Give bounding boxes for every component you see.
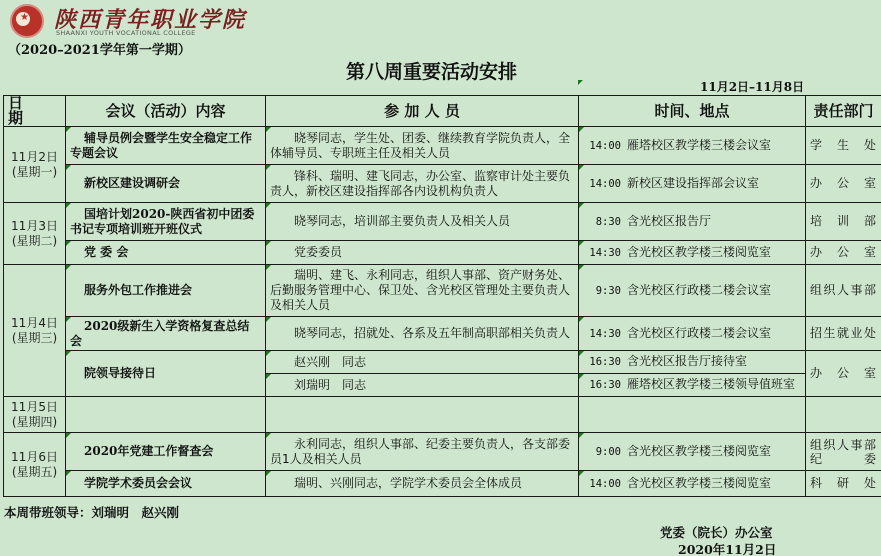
- dept-cell: 办 公 室: [806, 351, 881, 397]
- place-text: 含光校区教学楼三楼阅览室: [627, 444, 771, 458]
- time-text: 14:30: [583, 246, 621, 261]
- cell-marker-icon: [578, 80, 583, 85]
- people-text: 晓琴同志，学生处、团委、继续教育学院负责人，全体辅导员、专职班主任及相关人员: [270, 131, 570, 160]
- table-row: 学院学术委员会会议 瑞明、兴刚同志，学院学术委员会全体成员 14:00含光校区教…: [4, 471, 881, 497]
- date-text: 11月4日: [8, 316, 61, 331]
- table-header-row: 日 期 会议（活动）内容 参 加 人 员 时间、地点 责任部门: [4, 96, 881, 127]
- weekday-text: (星期二): [8, 234, 61, 249]
- time-place-cell: 8:30含光校区报告厅: [579, 203, 806, 241]
- date-text: 11月6日: [8, 450, 61, 465]
- time-place-cell: 9:00含光校区教学楼三楼阅览室: [579, 433, 806, 471]
- time-text: 16:30: [583, 378, 621, 393]
- schedule-table: 日 期 会议（活动）内容 参 加 人 员 时间、地点 责任部门 11月2日(星期…: [3, 95, 881, 497]
- date-cell: 11月4日(星期三): [4, 265, 66, 397]
- meeting-text: 党 委 会: [70, 245, 128, 259]
- people-cell: 瑞明、兴刚同志，学院学术委员会全体成员: [266, 471, 579, 497]
- weekday-text: (星期五): [8, 465, 61, 480]
- star-icon: ★: [20, 13, 29, 23]
- meeting-text: 辅导员例会暨学生安全稳定工作专题会议: [70, 131, 252, 160]
- place-text: 含光校区行政楼二楼会议室: [627, 283, 771, 297]
- date-cell: 11月6日(星期五): [4, 433, 66, 497]
- time-place-cell: 14:00新校区建设指挥部会议室: [579, 165, 806, 203]
- people-text: 瑞明、兴刚同志，学院学术委员会全体成员: [270, 476, 522, 490]
- date-text: 11月5日: [8, 400, 61, 415]
- weekday-text: (星期一): [8, 165, 61, 180]
- time-text: 9:00: [583, 445, 621, 460]
- people-text: 瑞明、建飞、永利同志，组织人事部、资产财务处、后勤服务管理中心、保卫处、含光校区…: [270, 268, 570, 312]
- meeting-text: 学院学术委员会会议: [70, 476, 192, 490]
- date-cell: 11月5日(星期四): [4, 397, 66, 433]
- school-logo: ★: [8, 4, 52, 40]
- people-cell: 刘瑞明 同志: [266, 374, 579, 397]
- people-text: 永利同志，组织人事部、纪委主要负责人，各支部委员1人及相关人员: [270, 437, 570, 466]
- people-text: 赵兴刚 同志: [270, 355, 366, 369]
- col-header-date: 日 期: [4, 96, 66, 127]
- place-text: 含光校区行政楼二楼会议室: [627, 326, 771, 340]
- meeting-cell: 新校区建设调研会: [66, 165, 266, 203]
- people-cell: 永利同志，组织人事部、纪委主要负责人，各支部委员1人及相关人员: [266, 433, 579, 471]
- people-cell: 瑞明、建飞、永利同志，组织人事部、资产财务处、后勤服务管理中心、保卫处、含光校区…: [266, 265, 579, 317]
- people-cell: 晓琴同志，招就处、各系及五年制高职部相关负责人: [266, 317, 579, 351]
- meeting-text: 服务外包工作推进会: [70, 283, 192, 297]
- col-header-people: 参 加 人 员: [266, 96, 579, 127]
- table-row: 院领导接待日 赵兴刚 同志 16:30含光校区报告厅接待室 办 公 室: [4, 351, 881, 374]
- table-row: 党 委 会 党委委员 14:30含光校区教学楼三楼阅览室 办 公 室: [4, 241, 881, 265]
- time-text: 8:30: [583, 215, 621, 230]
- people-cell-empty: [266, 397, 579, 433]
- date-cell: 11月3日(星期二): [4, 203, 66, 265]
- date-text: 11月2日: [8, 150, 61, 165]
- col-header-meeting: 会议（活动）内容: [66, 96, 266, 127]
- meeting-cell: 党 委 会: [66, 241, 266, 265]
- time-text: 9:30: [583, 284, 621, 299]
- col-header-dept: 责任部门: [806, 96, 881, 127]
- time-place-cell: 14:00雁塔校区教学楼三楼会议室: [579, 127, 806, 165]
- issue-date: 2020年11月2日: [678, 540, 776, 556]
- place-text: 含光校区报告厅接待室: [627, 354, 747, 368]
- time-text: 16:30: [583, 355, 621, 370]
- people-text: 晓琴同志，培训部主要负责人及相关人员: [270, 214, 510, 228]
- table-row: 11月2日(星期一) 辅导员例会暨学生安全稳定工作专题会议 晓琴同志，学生处、团…: [4, 127, 881, 165]
- people-cell: 赵兴刚 同志: [266, 351, 579, 374]
- place-text: 雁塔校区教学楼三楼会议室: [627, 138, 771, 152]
- meeting-text: 院领导接待日: [70, 366, 156, 380]
- time-text: 14:00: [583, 139, 621, 154]
- table-row: 2020级新生入学资格复查总结会 晓琴同志，招就处、各系及五年制高职部相关负责人…: [4, 317, 881, 351]
- issuing-office: 党委（院长）办公室: [660, 523, 773, 541]
- date-range: 11月2日–11月8日: [700, 78, 804, 95]
- time-place-cell: 14:30含光校区行政楼二楼会议室: [579, 317, 806, 351]
- table-row: 11月3日(星期二) 国培计划2020-陕西省初中团委书记专项培训班开班仪式 晓…: [4, 203, 881, 241]
- dept-cell: 学 生 处: [806, 127, 881, 165]
- time-place-cell: 16:30雁塔校区教学楼三楼领导值班室: [579, 374, 806, 397]
- col-header-time-place: 时间、地点: [579, 96, 806, 127]
- people-text: 刘瑞明 同志: [270, 378, 366, 392]
- time-text: 14:00: [583, 477, 621, 492]
- dept-cell: 办 公 室: [806, 165, 881, 203]
- meeting-cell: 院领导接待日: [66, 351, 266, 397]
- meeting-cell-empty: [66, 397, 266, 433]
- meeting-text: 2020级新生入学资格复查总结会: [70, 319, 249, 348]
- place-text: 含光校区教学楼三楼阅览室: [627, 476, 771, 490]
- table-row: 新校区建设调研会 锋科、瑞明、建飞同志，办公室、监察审计处主要负责人，新校区建设…: [4, 165, 881, 203]
- meeting-cell: 服务外包工作推进会: [66, 265, 266, 317]
- time-place-cell: 16:30含光校区报告厅接待室: [579, 351, 806, 374]
- table-row: 11月4日(星期三) 服务外包工作推进会 瑞明、建飞、永利同志，组织人事部、资产…: [4, 265, 881, 317]
- people-cell: 晓琴同志，学生处、团委、继续教育学院负责人，全体辅导员、专职班主任及相关人员: [266, 127, 579, 165]
- dept-cell: 招生就业处: [806, 317, 881, 351]
- school-name-en: SHAANXI YOUTH VOCATIONAL COLLEGE: [56, 29, 195, 37]
- meeting-text: 国培计划2020-陕西省初中团委书记专项培训班开班仪式: [70, 207, 254, 236]
- time-place-cell: 14:00含光校区教学楼三楼阅览室: [579, 471, 806, 497]
- place-text: 雁塔校区教学楼三楼领导值班室: [627, 377, 795, 391]
- place-text: 含光校区报告厅: [627, 214, 711, 228]
- weekday-text: (星期三): [8, 331, 61, 346]
- meeting-cell: 国培计划2020-陕西省初中团委书记专项培训班开班仪式: [66, 203, 266, 241]
- dept-cell: 组织人事部纪 委: [806, 433, 881, 471]
- dept-cell: 科 研 处: [806, 471, 881, 497]
- people-text: 锋科、瑞明、建飞同志，办公室、监察审计处主要负责人，新校区建设指挥部各内设机构负…: [270, 169, 570, 198]
- dept-text: 组织人事部: [810, 438, 877, 452]
- place-text: 含光校区教学楼三楼阅览室: [627, 245, 771, 259]
- weekday-text: (星期四): [8, 415, 61, 430]
- people-cell: 党委委员: [266, 241, 579, 265]
- people-text: 党委委员: [270, 245, 342, 259]
- duty-leaders: 本周带班领导：刘瑞明 赵兴刚: [4, 503, 179, 521]
- time-place-cell-empty: [579, 397, 806, 433]
- table-row: 11月6日(星期五) 2020年党建工作督查会 永利同志，组织人事部、纪委主要负…: [4, 433, 881, 471]
- place-text: 新校区建设指挥部会议室: [627, 176, 759, 190]
- dept-cell: 组织人事部: [806, 265, 881, 317]
- time-text: 14:00: [583, 177, 621, 192]
- people-cell: 晓琴同志，培训部主要负责人及相关人员: [266, 203, 579, 241]
- date-cell: 11月2日(星期一): [4, 127, 66, 203]
- meeting-cell: 辅导员例会暨学生安全稳定工作专题会议: [66, 127, 266, 165]
- time-text: 14:30: [583, 327, 621, 342]
- meeting-cell: 学院学术委员会会议: [66, 471, 266, 497]
- page-title: 第八周重要活动安排: [346, 57, 517, 84]
- meeting-text: 新校区建设调研会: [70, 176, 180, 190]
- table-row: 11月5日(星期四): [4, 397, 881, 433]
- dept-cell: 培 训 部: [806, 203, 881, 241]
- dept-text-2: 纪 委: [810, 452, 877, 466]
- meeting-text: 2020年党建工作督查会: [70, 444, 213, 458]
- dept-cell-empty: [806, 397, 881, 433]
- meeting-cell: 2020年党建工作督查会: [66, 433, 266, 471]
- dept-cell: 办 公 室: [806, 241, 881, 265]
- time-place-cell: 9:30含光校区行政楼二楼会议室: [579, 265, 806, 317]
- people-cell: 锋科、瑞明、建飞同志，办公室、监察审计处主要负责人，新校区建设指挥部各内设机构负…: [266, 165, 579, 203]
- date-text: 11月3日: [8, 219, 61, 234]
- people-text: 晓琴同志，招就处、各系及五年制高职部相关负责人: [270, 326, 570, 340]
- time-place-cell: 14:30含光校区教学楼三楼阅览室: [579, 241, 806, 265]
- semester-label: （2020–2021学年第一学期）: [8, 39, 191, 58]
- meeting-cell: 2020级新生入学资格复查总结会: [66, 317, 266, 351]
